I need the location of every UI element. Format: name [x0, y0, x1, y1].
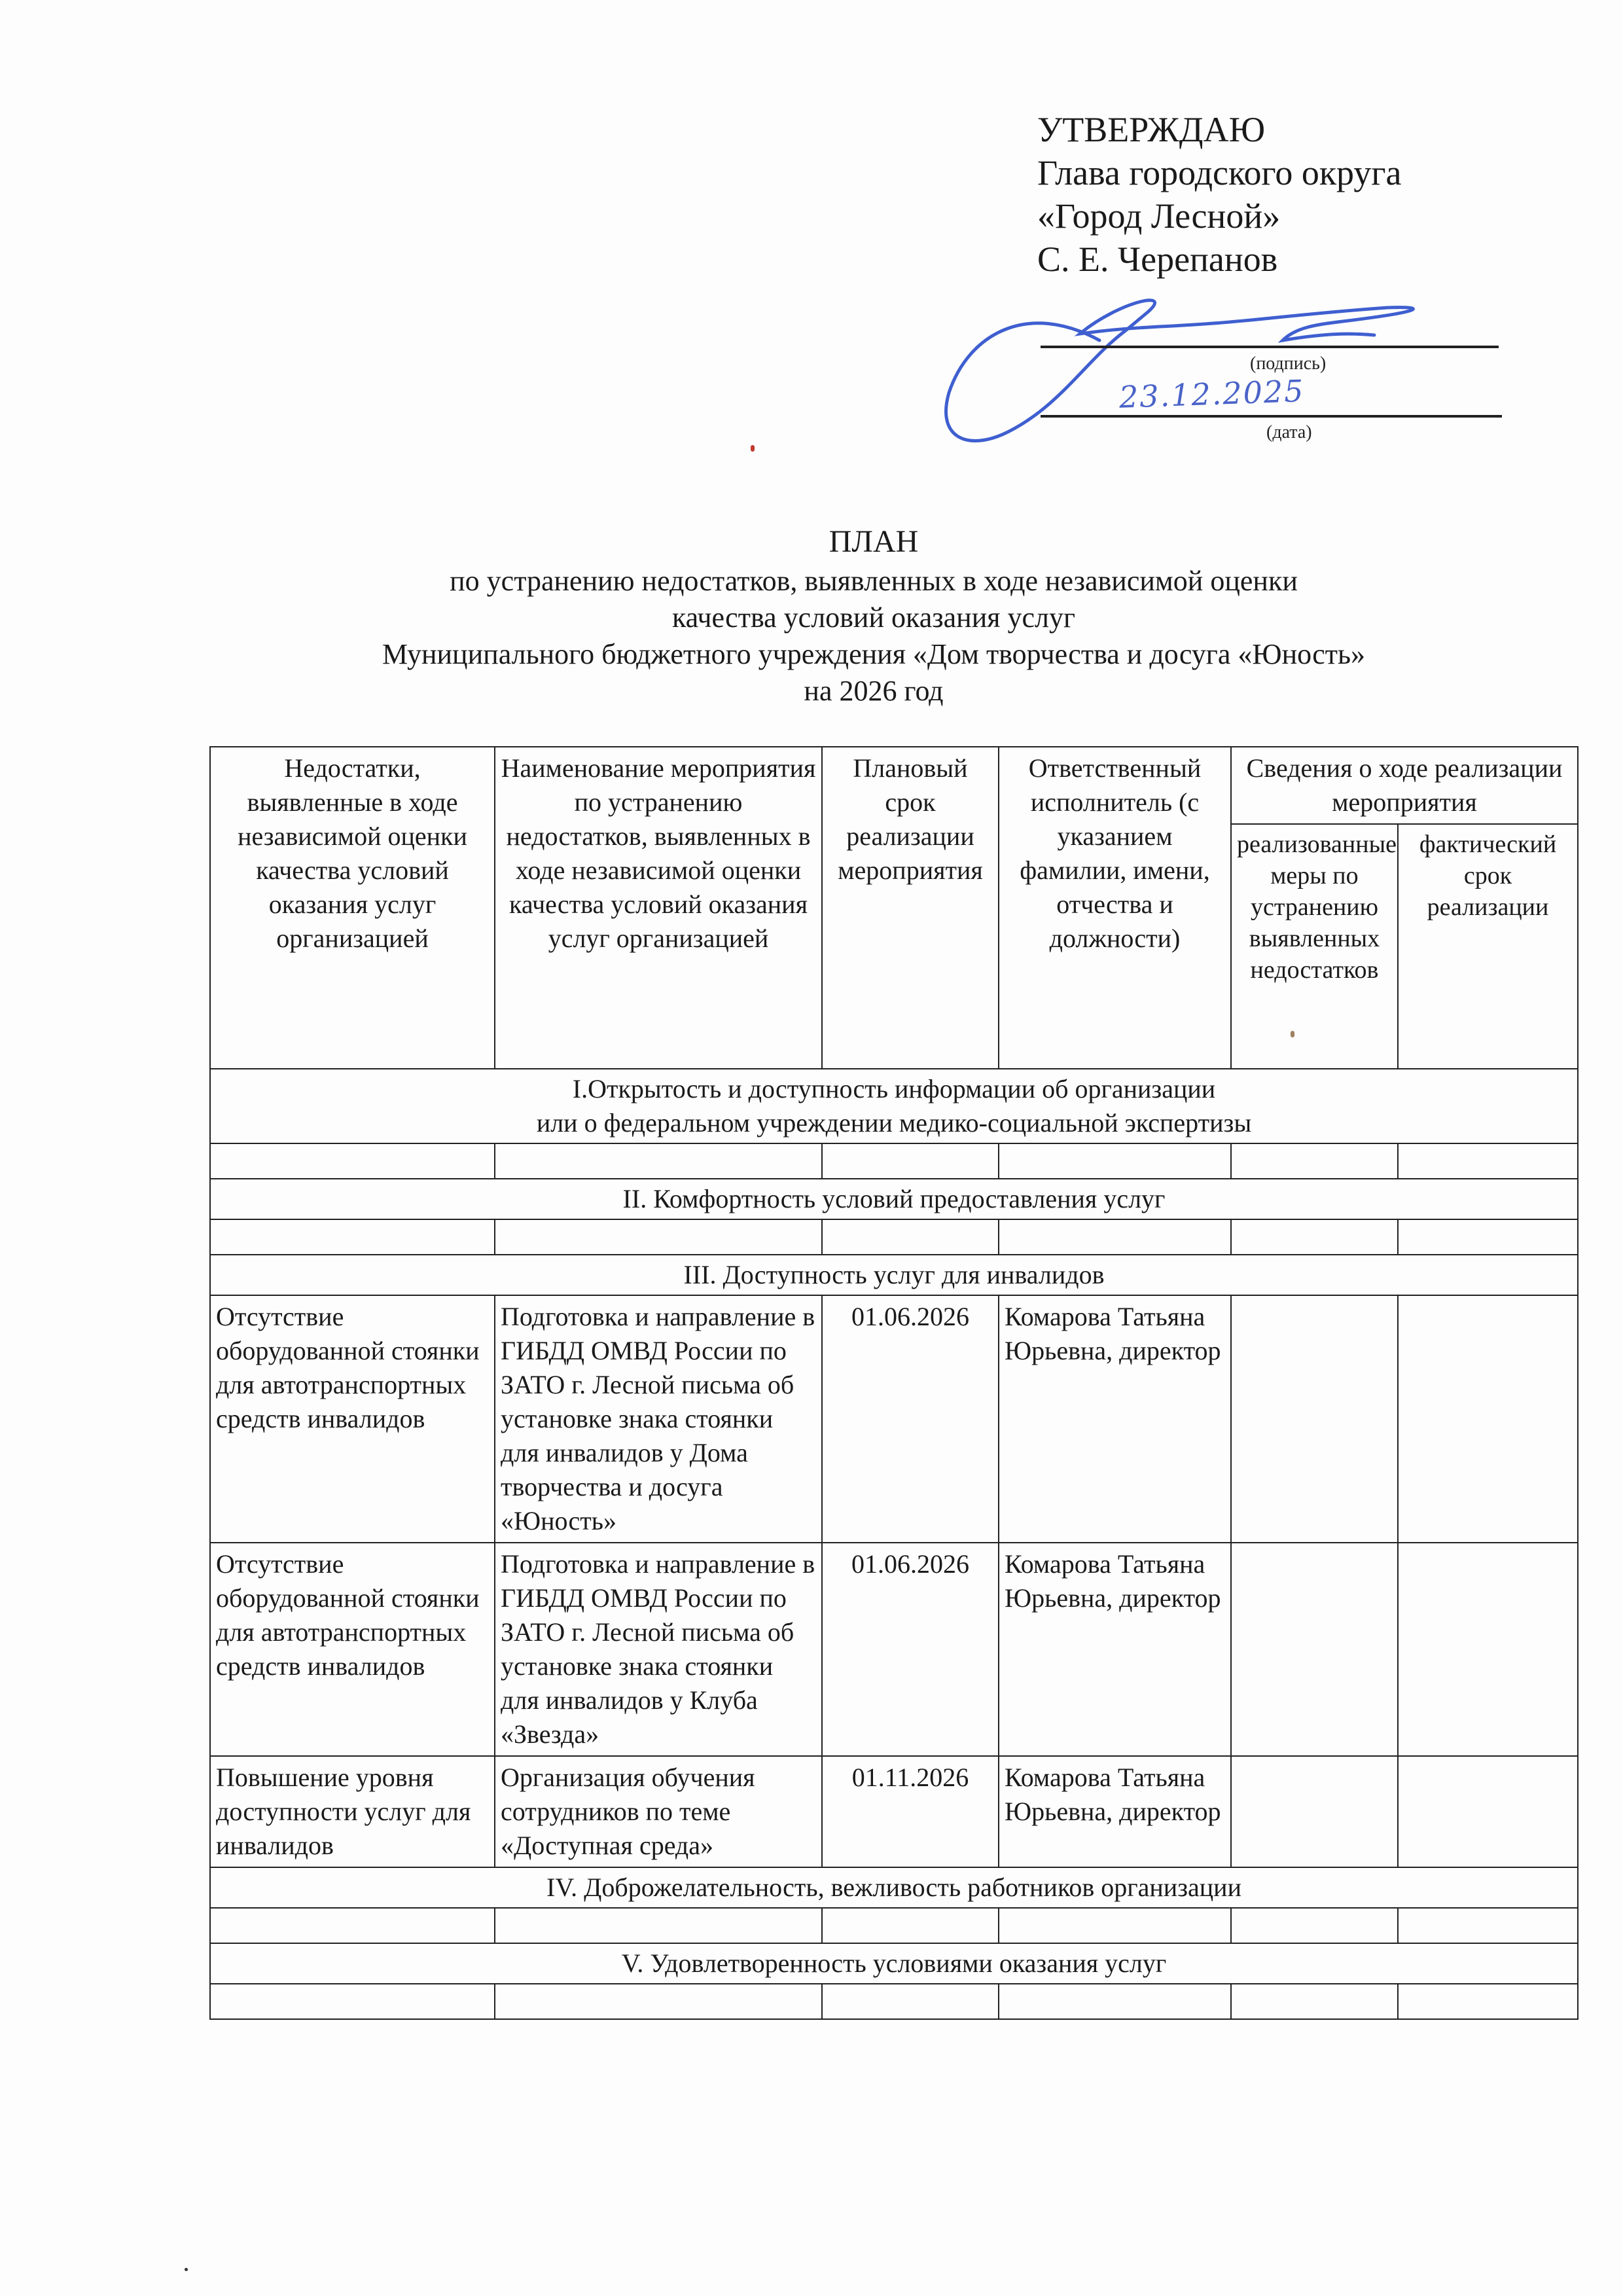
- title-main: ПЛАН: [262, 524, 1486, 560]
- cell-planned-date: 01.06.2026: [822, 1295, 999, 1543]
- section-title: V. Удовлетворенность условиями оказания …: [210, 1943, 1578, 1984]
- empty-cell: [1231, 1908, 1398, 1943]
- header-progress-group: Сведения о ходе реализации мероприятия: [1231, 747, 1578, 824]
- cell-deficiency: Отсутствие оборудованной стоянки для авт…: [210, 1295, 495, 1543]
- empty-cell: [822, 1984, 999, 2019]
- section-title-line2: или о федеральном учреждении медико-соци…: [216, 1106, 1572, 1140]
- cell-implemented: [1231, 1543, 1398, 1756]
- title-line-4: на 2026 год: [262, 673, 1486, 709]
- table-row: Отсутствие оборудованной стоянки для авт…: [210, 1295, 1578, 1543]
- header-deficiencies: Недостатки, выявленные в ходе независимо…: [210, 747, 495, 1069]
- empty-row: [210, 1219, 1578, 1255]
- cell-measure: Подготовка и направление в ГИБДД ОМВД Ро…: [495, 1543, 822, 1756]
- section-row: IV. Доброжелательность, вежливость работ…: [210, 1867, 1578, 1908]
- table-row: Отсутствие оборудованной стоянки для авт…: [210, 1543, 1578, 1756]
- scan-speck: [185, 2268, 188, 2271]
- table-row: Повышение уровня доступности услуг для и…: [210, 1756, 1578, 1867]
- empty-cell: [495, 1143, 822, 1179]
- header-responsible: Ответственный исполнитель (с указанием ф…: [999, 747, 1231, 1069]
- empty-cell: [999, 1908, 1231, 1943]
- cell-implemented: [1231, 1756, 1398, 1867]
- empty-cell: [999, 1984, 1231, 2019]
- empty-cell: [1231, 1984, 1398, 2019]
- title-line-2: качества условий оказания услуг: [262, 600, 1486, 636]
- section-row: III. Доступность услуг для инвалидов: [210, 1255, 1578, 1295]
- section-title: III. Доступность услуг для инвалидов: [210, 1255, 1578, 1295]
- empty-cell: [210, 1143, 495, 1179]
- cell-deficiency: Отсутствие оборудованной стоянки для авт…: [210, 1543, 495, 1756]
- table-body: I.Открытость и доступность информации об…: [210, 1069, 1578, 2019]
- date-line: [1041, 415, 1502, 418]
- empty-cell: [210, 1908, 495, 1943]
- approver-position-line2: «Город Лесной»: [1037, 194, 1401, 238]
- cell-measure: Подготовка и направление в ГИБДД ОМВД Ро…: [495, 1295, 822, 1543]
- cell-actual-date: [1398, 1295, 1578, 1543]
- approver-position-line1: Глава городского округа: [1037, 151, 1401, 194]
- cell-actual-date: [1398, 1756, 1578, 1867]
- empty-cell: [1231, 1219, 1398, 1255]
- handwritten-signature: [929, 281, 1518, 452]
- section-title: I.Открытость и доступность информации об…: [210, 1069, 1578, 1143]
- empty-cell: [1231, 1143, 1398, 1179]
- cell-planned-date: 01.11.2026: [822, 1756, 999, 1867]
- approver-name: С. Е. Черепанов: [1037, 238, 1401, 281]
- section-title-line1: I.Открытость и доступность информации об…: [216, 1072, 1572, 1106]
- empty-cell: [999, 1219, 1231, 1255]
- signature-line: [1041, 346, 1499, 348]
- section-row: V. Удовлетворенность условиями оказания …: [210, 1943, 1578, 1984]
- empty-row: [210, 1908, 1578, 1943]
- empty-cell: [210, 1219, 495, 1255]
- title-line-1: по устранению недостатков, выявленных в …: [262, 563, 1486, 600]
- empty-cell: [822, 1219, 999, 1255]
- section-row: I.Открытость и доступность информации об…: [210, 1069, 1578, 1143]
- cell-measure: Организация обучения сотрудников по теме…: [495, 1756, 822, 1867]
- scan-speck: [1291, 1031, 1294, 1037]
- document-title: ПЛАН по устранению недостатков, выявленн…: [262, 524, 1486, 709]
- empty-cell: [822, 1143, 999, 1179]
- signature-caption: (подпись): [1250, 353, 1326, 374]
- section-title-line1: III. Доступность услуг для инвалидов: [216, 1258, 1572, 1292]
- cell-responsible: Комарова Татьяна Юрьевна, директор: [999, 1295, 1231, 1543]
- approval-heading: УТВЕРЖДАЮ: [1037, 108, 1401, 151]
- empty-row: [210, 1143, 1578, 1179]
- table-header-row: Недостатки, выявленные в ходе независимо…: [210, 747, 1578, 824]
- section-title: II. Комфортность условий предоставления …: [210, 1179, 1578, 1219]
- empty-cell: [210, 1984, 495, 2019]
- plan-table: Недостатки, выявленные в ходе независимо…: [209, 746, 1578, 2020]
- header-measure: Наименование мероприятия по устранению н…: [495, 747, 822, 1069]
- empty-row: [210, 1984, 1578, 2019]
- header-planned-date: Плановый срок реализации мероприятия: [822, 747, 999, 1069]
- cell-implemented: [1231, 1295, 1398, 1543]
- cell-deficiency: Повышение уровня доступности услуг для и…: [210, 1756, 495, 1867]
- empty-cell: [1398, 1219, 1578, 1255]
- cell-responsible: Комарова Татьяна Юрьевна, директор: [999, 1756, 1231, 1867]
- section-title-line1: IV. Доброжелательность, вежливость работ…: [216, 1871, 1572, 1905]
- empty-cell: [1398, 1984, 1578, 2019]
- empty-cell: [495, 1219, 822, 1255]
- cell-actual-date: [1398, 1543, 1578, 1756]
- handwritten-date: 23.12.2025: [1118, 373, 1305, 415]
- approval-block: УТВЕРЖДАЮ Глава городского округа «Город…: [1037, 108, 1401, 281]
- section-title: IV. Доброжелательность, вежливость работ…: [210, 1867, 1578, 1908]
- date-caption: (дата): [1266, 422, 1312, 443]
- header-implemented-measures: реализованные меры по устранению выявлен…: [1231, 824, 1398, 1069]
- empty-cell: [999, 1143, 1231, 1179]
- scan-speck: [751, 445, 755, 452]
- section-row: II. Комфортность условий предоставления …: [210, 1179, 1578, 1219]
- section-title-line1: V. Удовлетворенность условиями оказания …: [216, 1946, 1572, 1981]
- empty-cell: [1398, 1908, 1578, 1943]
- empty-cell: [822, 1908, 999, 1943]
- cell-responsible: Комарова Татьяна Юрьевна, директор: [999, 1543, 1231, 1756]
- empty-cell: [495, 1984, 822, 2019]
- section-title-line1: II. Комфортность условий предоставления …: [216, 1182, 1572, 1216]
- empty-cell: [1398, 1143, 1578, 1179]
- cell-planned-date: 01.06.2026: [822, 1543, 999, 1756]
- header-actual-date: фактический срок реализации: [1398, 824, 1578, 1069]
- title-line-3: Муниципального бюджетного учреждения «До…: [262, 636, 1486, 673]
- empty-cell: [495, 1908, 822, 1943]
